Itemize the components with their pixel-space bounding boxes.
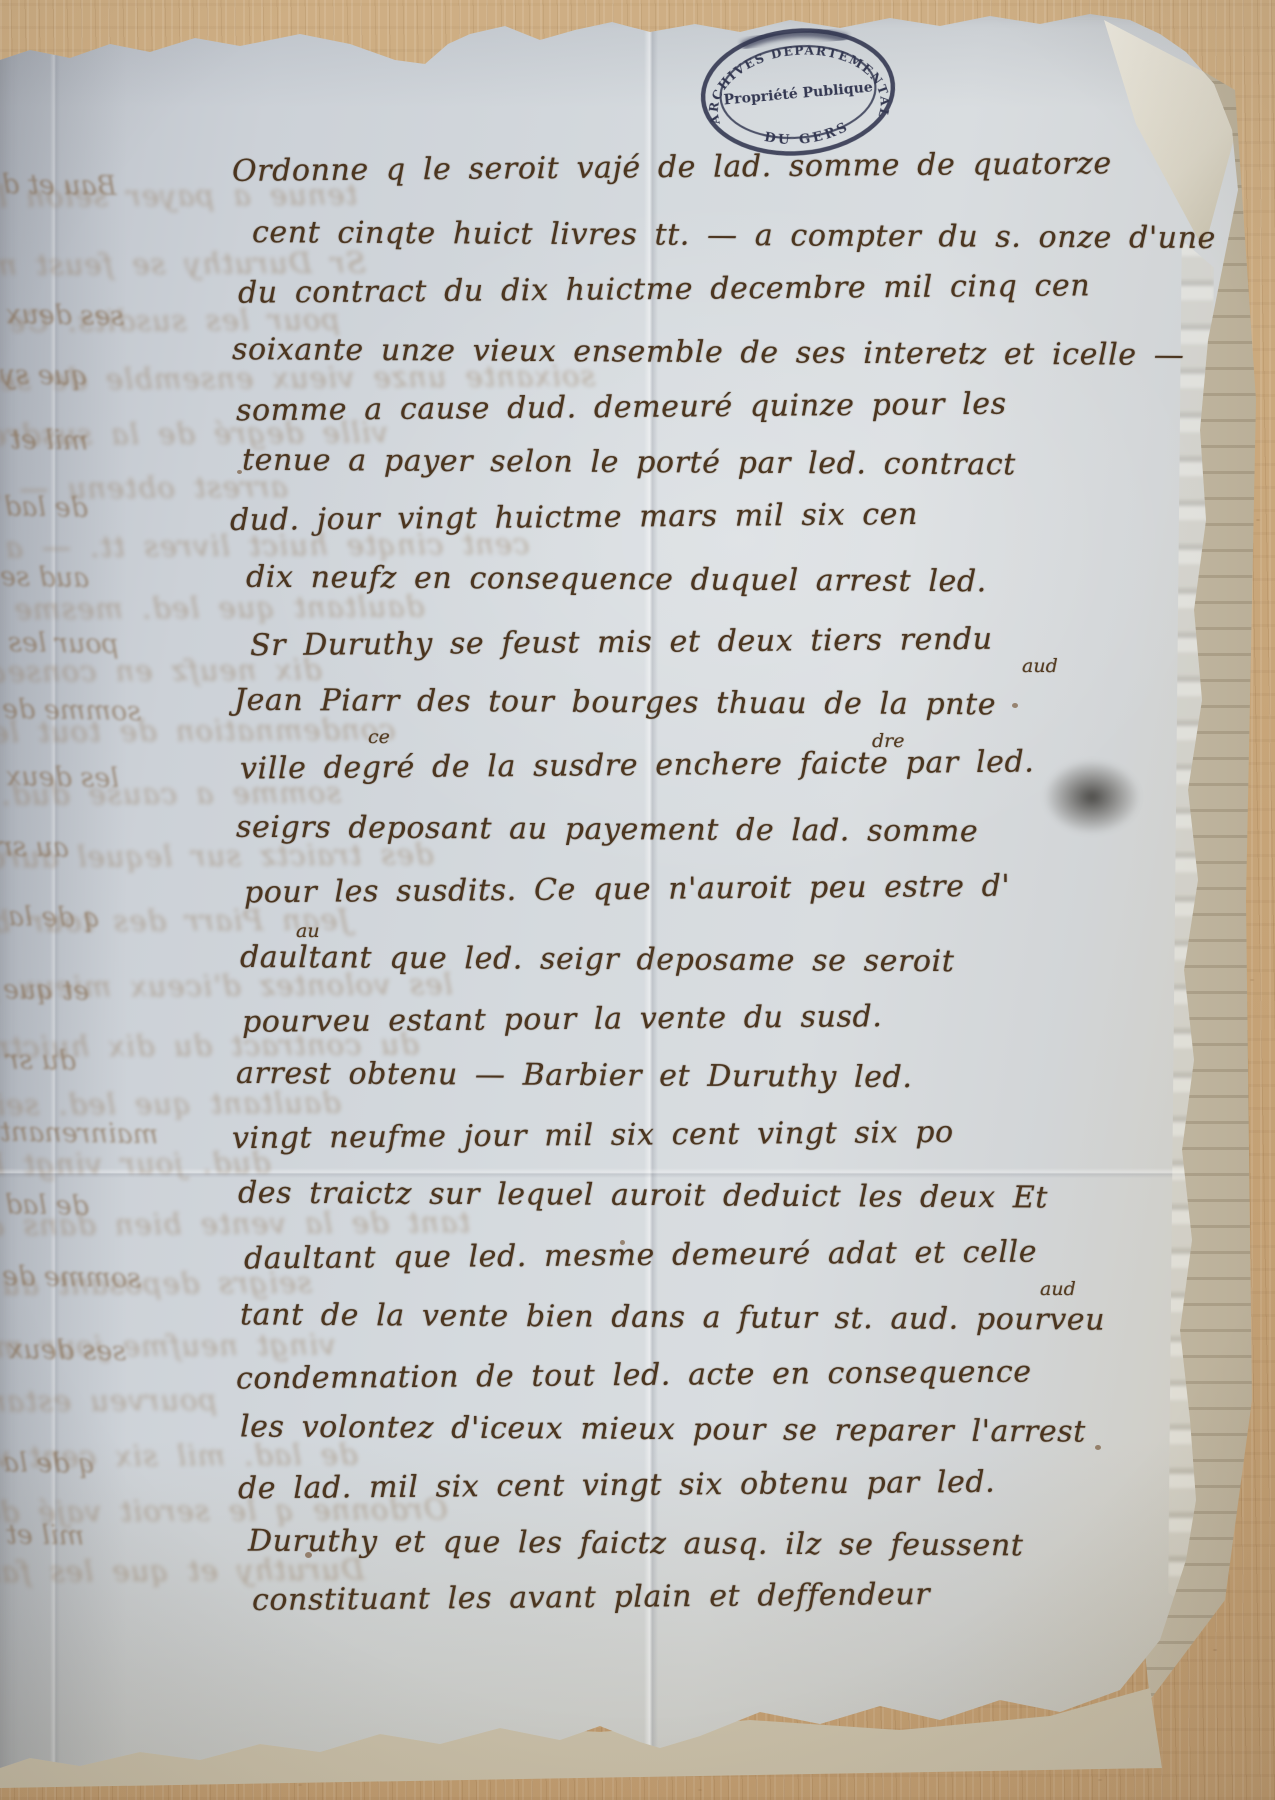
ghost-fragment: ses deux bbox=[8, 1334, 127, 1367]
ink-speck bbox=[620, 1240, 625, 1245]
ghost-fragment: de lad bbox=[4, 491, 88, 523]
manuscript-line: Jean Piarr des tour bourges thuau de la … bbox=[234, 683, 996, 723]
manuscript-line: dix neufz en consequence duquel arrest l… bbox=[246, 560, 987, 600]
ghost-fragment: mainrenant bbox=[0, 1117, 159, 1151]
manuscript-line: Duruthy et que les faictz ausq. ilz se f… bbox=[248, 1524, 1024, 1564]
ghost-fragment: ses deux bbox=[6, 299, 125, 332]
interlinear-insertion: aud bbox=[1040, 1278, 1076, 1300]
manuscript-line: pour les susdits. Ce que n'auroit peu es… bbox=[244, 869, 1011, 911]
ghost-fragment: somme de bbox=[2, 1261, 142, 1294]
ghost-fragment: les deux bbox=[6, 761, 119, 794]
manuscript-photo: tenue a payer selon le porté par led. co… bbox=[0, 0, 1275, 1800]
manuscript-line: arrest obtenu — Barbier et Duruthy led. bbox=[236, 1056, 913, 1095]
interlinear-insertion: au bbox=[296, 920, 320, 942]
manuscript-line: Sr Duruthy se feust mis et deux tiers re… bbox=[250, 622, 993, 663]
ink-speck bbox=[1012, 703, 1018, 708]
manuscript-line: cent cinqte huict livres tt. — a compter… bbox=[252, 215, 1216, 256]
ghost-fragment: q de la bbox=[8, 901, 101, 934]
manuscript-line: tenue a payer selon le porté par led. co… bbox=[242, 443, 1016, 483]
ghost-fragment: de lad bbox=[5, 1189, 89, 1221]
manuscript-line: somme a cause dud. demeuré quinze pour l… bbox=[236, 387, 1007, 429]
ghost-fragment: q de la bbox=[3, 1447, 96, 1480]
ink-speck bbox=[1095, 1445, 1101, 1450]
ink-speck bbox=[305, 1552, 312, 1558]
manuscript-line: de lad. mil six cent vingt six obtenu pa… bbox=[238, 1465, 996, 1507]
archive-stamp: ARCHIVES DEPARTEMENTALES Propriété Publi… bbox=[689, 17, 908, 167]
paper-sheet: tenue a payer selon le porté par led. co… bbox=[0, 0, 1275, 1800]
ghost-fragment: mil et bbox=[10, 424, 89, 456]
ink-blot bbox=[1044, 760, 1140, 834]
interlinear-insertion: aud bbox=[1022, 655, 1058, 677]
manuscript-line: pourveu estant pour la vente du susd. bbox=[242, 999, 883, 1040]
ghost-fragment: mil et bbox=[6, 1519, 85, 1551]
ghost-fragment: aud se bbox=[0, 561, 89, 594]
manuscript-line: condemnation de tout led. acte en conseq… bbox=[236, 1355, 1032, 1397]
manuscript-line: dud. jour vingt huictme mars mil six cen bbox=[230, 497, 918, 538]
manuscript-line: ville degré de la susdre enchere faicte … bbox=[240, 745, 1035, 787]
ghost-line: pourveu estant pour la vente du susd. bbox=[0, 1383, 217, 1421]
stamp-center-text: Propriété Publique bbox=[723, 79, 873, 108]
ghost-fragment: Bau et d bbox=[2, 169, 117, 202]
manuscript-line: daultant que led. mesme demeuré adat et … bbox=[244, 1235, 1037, 1277]
ghost-line: dud. jour vingt huictme mars mil six cen bbox=[0, 1146, 271, 1185]
ghost-fragment: et que bbox=[3, 974, 90, 1006]
manuscript-line: tant de la vente bien dans a futur st. a… bbox=[240, 1297, 1105, 1337]
ghost-fragment: que sy bbox=[0, 359, 89, 392]
interlinear-insertion: dre bbox=[872, 730, 905, 752]
interlinear-insertion: ce bbox=[368, 726, 390, 748]
manuscript-line: des traictz sur lequel auroit deduict le… bbox=[238, 1176, 1048, 1216]
ghost-fragment: pour les bbox=[8, 627, 119, 660]
manuscript-line: Ordonne q le seroit vajé de lad. somme d… bbox=[232, 146, 1112, 189]
ghost-fragment: du sr bbox=[6, 1044, 77, 1076]
manuscript-line: soixante unze vieux ensemble de ses inte… bbox=[232, 332, 1185, 373]
ghost-fragment: au sr bbox=[0, 831, 69, 863]
ink-speck bbox=[237, 470, 242, 474]
manuscript-line: du contract du dix huictme decembre mil … bbox=[238, 268, 1090, 310]
manuscript-line: les volontez d'iceux mieux pour se repar… bbox=[240, 1409, 1086, 1449]
manuscript-line: vingt neufme jour mil six cent vingt six… bbox=[232, 1115, 954, 1156]
manuscript-line: constituant les avant plain et deffendeu… bbox=[252, 1577, 931, 1618]
ghost-fragment: somme de bbox=[2, 694, 142, 727]
manuscript-line: daultant que led. seigr deposame se sero… bbox=[240, 940, 955, 979]
manuscript-line: seigrs deposant au payement de lad. somm… bbox=[236, 810, 978, 850]
